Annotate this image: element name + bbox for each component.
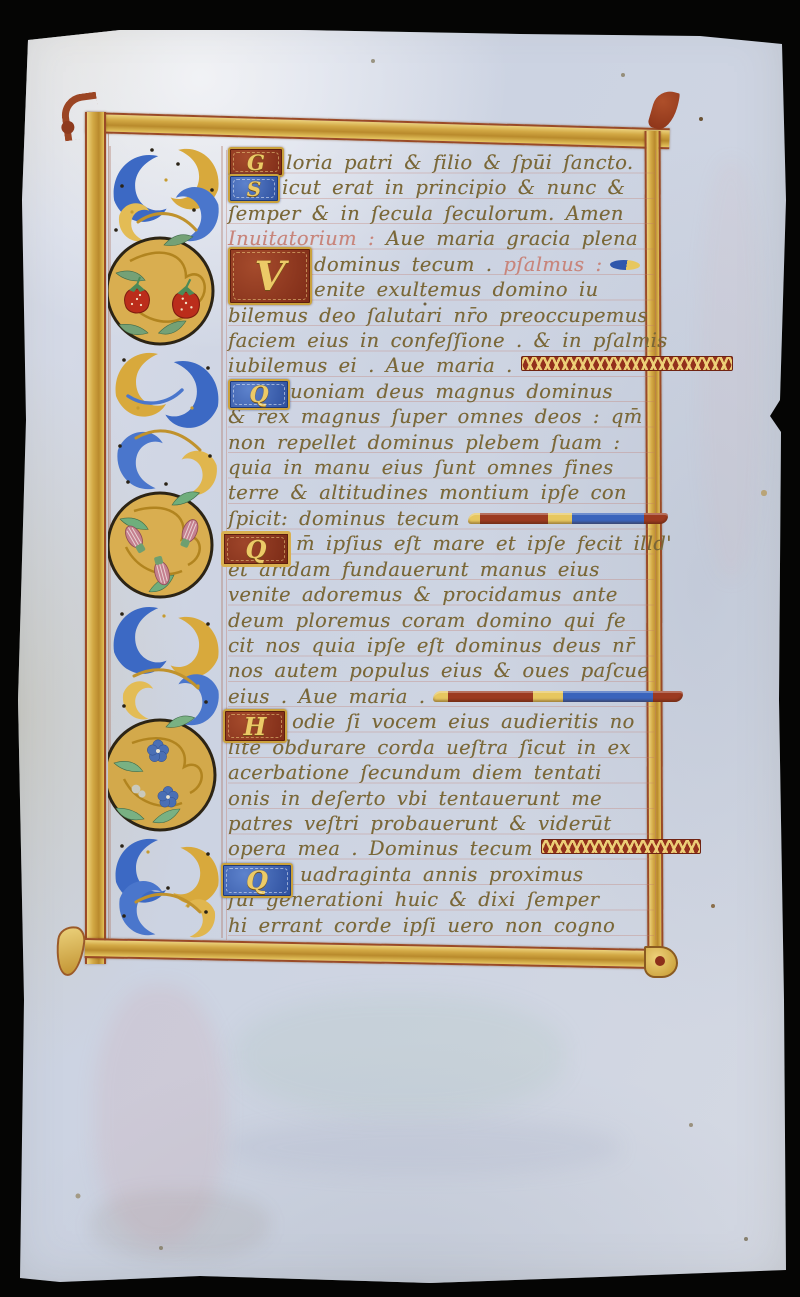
latin-text: terre & altitudines montium ipſe con <box>228 481 627 504</box>
latin-text: eius . Aue maria . <box>228 685 425 708</box>
text-line: faciem eius in confeſſione . & in pſalmi… <box>228 328 668 353</box>
text-line: lite obdurare corda ueſtra ſicut in ex <box>228 735 631 760</box>
text-line: uadraginta annis proximus <box>300 862 583 887</box>
latin-text: hi errant corde ipſi uero non cogno <box>228 914 615 937</box>
text-line: deum ploremus coram domino qui fe <box>228 608 626 633</box>
latin-text: & rex magnus ſuper omnes deos : qm̄ <box>228 405 643 428</box>
text-line: venite adoremus & procidamus ante <box>228 582 618 607</box>
rubric-text: pſalmus : <box>503 253 602 276</box>
text-line: terre & altitudines montium ipſe con <box>228 480 627 505</box>
roundel-thistles <box>108 489 212 597</box>
latin-text: enite exultemus domino iu <box>314 278 598 301</box>
latin-text: onis in deſerto vbi tentauerunt me <box>228 787 602 810</box>
text-line: uoniam deus magnus dominus <box>290 379 613 404</box>
parchment-specks <box>0 0 2 2</box>
text-line: loria patri & filio & ſpūi ſancto. <box>286 150 633 175</box>
line-filler-lattice <box>541 839 701 854</box>
text-line: iubilemus ei . Aue maria . <box>228 353 733 378</box>
border-foliage-art <box>108 146 224 938</box>
text-line: non repellet dominus plebem ſuam : <box>228 430 620 455</box>
corner-hook-bottom-right <box>644 946 678 978</box>
acanthus-top <box>114 149 219 242</box>
gold-frame-left <box>85 112 106 964</box>
illuminated-initial-H: H <box>223 709 287 743</box>
text-line: hi errant corde ipſi uero non cogno <box>228 913 615 938</box>
text-line: cit nos quia ipſe eſt dominus deus nr̄ <box>228 633 635 658</box>
text-line: quia in manu eius ſunt omnes fines <box>228 455 613 480</box>
text-line: bilemus deo ſalutari nr̄o preoccupemus <box>228 303 648 328</box>
latin-text: opera mea . Dominus tecum <box>228 837 533 860</box>
latin-text: cit nos quia ipſe eſt dominus deus nr̄ <box>228 634 635 657</box>
text-line: ſemper & in ſecula ſeculorum. Amen <box>228 201 624 226</box>
latin-text: bilemus deo ſalutari nr̄o preoccupemus <box>228 304 648 327</box>
manuscript-leaf: loria patri & filio & ſpūi ſancto.icut e… <box>0 0 800 1297</box>
latin-text: quia in manu eius ſunt omnes fines <box>228 456 613 479</box>
latin-text: lite obdurare corda ueſtra ſicut in ex <box>228 736 631 759</box>
text-line: enite exultemus domino iu <box>314 277 598 302</box>
latin-text: ſemper & in ſecula ſeculorum. Amen <box>228 202 624 225</box>
line-filler-lattice <box>521 356 733 371</box>
text-line: opera mea . Dominus tecum <box>228 836 701 861</box>
corner-hook-bottom-left <box>53 924 87 977</box>
latin-text: uadraginta annis proximus <box>300 863 583 886</box>
roundel-strawberries <box>108 232 213 344</box>
showthrough-ghost <box>95 985 225 1245</box>
latin-text: loria patri & filio & ſpūi ſancto. <box>286 151 633 174</box>
text-line: nos autem populus eius & oues paſcue <box>228 658 649 683</box>
stain <box>90 1190 270 1260</box>
latin-text: nos autem populus eius & oues paſcue <box>228 659 649 682</box>
photo-stage: loria patri & filio & ſpūi ſancto.icut e… <box>0 0 800 1297</box>
latin-text: acerbatione ſecundum diem tentati <box>228 761 602 784</box>
latin-text: faciem eius in confeſſione . & in pſalmi… <box>228 329 668 352</box>
latin-text: icut erat in principio & nunc & <box>282 176 625 199</box>
roundel-violets <box>108 713 215 830</box>
line-filler-smallwave <box>610 260 640 270</box>
text-line: odie ſi vocem eius audieritis no <box>292 709 635 734</box>
illuminated-initial-S: S <box>228 174 280 203</box>
text-line: ſpicit: dominus tecum <box>228 506 668 531</box>
latin-text: iubilemus ei . Aue maria . <box>228 354 513 377</box>
latin-text: venite adoremus & procidamus ante <box>228 583 618 606</box>
showthrough-ghost <box>235 995 565 1115</box>
text-line: & rex magnus ſuper omnes deos : qm̄ <box>228 404 643 429</box>
gold-frame-bottom <box>85 938 663 969</box>
text-line: patres veſtri probauerunt & viderūt <box>228 811 611 836</box>
text-line: icut erat in principio & nunc & <box>282 175 625 200</box>
text-line: acerbatione ſecundum diem tentati <box>228 760 602 785</box>
text-line: dominus tecum . pſalmus : <box>314 252 640 277</box>
corner-hook-top-left <box>59 92 102 142</box>
showthrough-ghost <box>230 1120 620 1175</box>
latin-text: patres veſtri probauerunt & viderūt <box>228 812 611 835</box>
latin-text: Aue maria gracia plena <box>386 227 638 250</box>
latin-text: m̄ ipſius eſt mare et ipſe fecit illd' <box>296 532 672 555</box>
latin-text: ſpicit: dominus tecum <box>228 507 460 530</box>
illuminated-initial-Q: Q <box>221 531 291 567</box>
latin-text: odie ſi vocem eius audieritis no <box>292 710 635 733</box>
latin-text: uoniam deus magnus dominus <box>290 380 613 403</box>
illuminated-initial-Q: Q <box>228 379 290 410</box>
latin-text: non repellet dominus plebem ſuam : <box>228 431 620 454</box>
illuminated-initial-G: G <box>228 147 284 177</box>
text-line: eius . Aue maria . <box>228 684 683 709</box>
text-line: m̄ ipſius eſt mare et ipſe fecit illd' <box>296 531 672 556</box>
gold-frame-top <box>85 112 669 149</box>
acanthus-mid-2 <box>114 607 219 725</box>
line-filler-wave <box>468 513 668 524</box>
corner-leaf-top-right <box>647 87 681 132</box>
illuminated-initial-Q: Q <box>221 863 293 898</box>
latin-text: deum ploremus coram domino qui fe <box>228 609 626 632</box>
illuminated-initial-V: V <box>228 247 312 305</box>
line-filler-wave <box>433 691 683 702</box>
text-line: onis in deſerto vbi tentauerunt me <box>228 786 602 811</box>
acanthus-mid-1 <box>116 353 219 495</box>
latin-text: dominus tecum . <box>314 253 503 276</box>
